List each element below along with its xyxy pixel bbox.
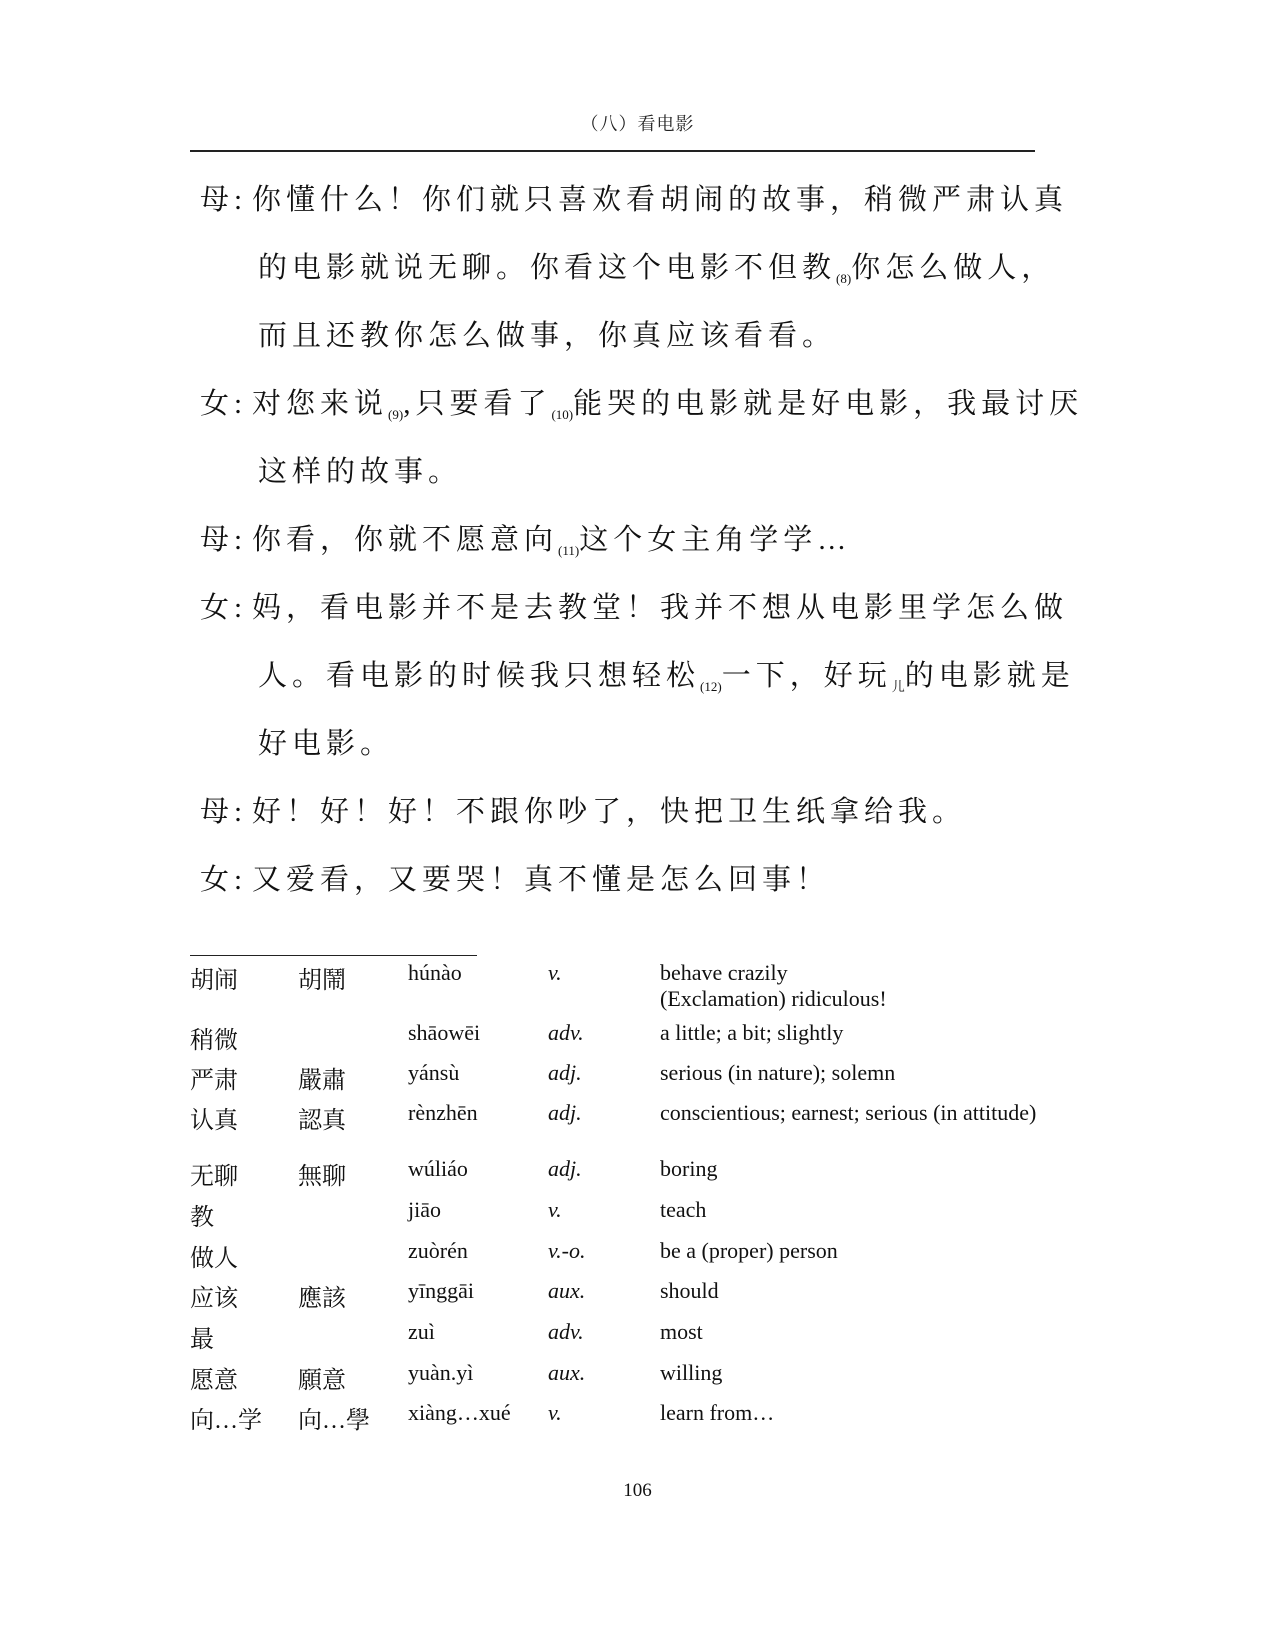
definition: conscientious; earnest; serious (in atti… bbox=[660, 1100, 1040, 1135]
dialog-segment: 你懂什么！你们就只喜欢看胡闹的故事，稍微严肃认真 bbox=[252, 184, 1068, 216]
speaker-label: 母: bbox=[200, 790, 247, 834]
vocab-rule bbox=[190, 955, 477, 956]
part-of-speech: adj. bbox=[548, 1156, 660, 1191]
dialog-text: 你看，你就不愿意向(11)这个女主角学学… bbox=[252, 518, 851, 573]
dialog-line: 女:对您来说(9),只要看了(10)能哭的电影就是好电影，我最讨厌 bbox=[200, 382, 1040, 450]
dialog: 母:你懂什么！你们就只喜欢看胡闹的故事，稍微严肃认真的电影就说无聊。你看这个电影… bbox=[200, 178, 1040, 926]
definition: teach bbox=[660, 1197, 1040, 1232]
simplified-word: 稍微 bbox=[190, 1020, 298, 1055]
dialog-segment: 能哭的电影就是好电影，我最讨厌 bbox=[573, 388, 1083, 420]
dialog-text: 好！好！好！不跟你吵了，快把卫生纸拿给我。 bbox=[252, 790, 966, 834]
dialog-line: 这样的故事。 bbox=[200, 450, 1040, 518]
dialog-line: 好电影。 bbox=[200, 722, 1040, 790]
pinyin: yánsù bbox=[408, 1060, 548, 1095]
definition: boring bbox=[660, 1156, 1040, 1191]
part-of-speech: adj. bbox=[548, 1060, 660, 1095]
dialog-text: 的电影就说无聊。你看这个电影不但教(8)你怎么做人， bbox=[258, 246, 1055, 301]
dialog-text: 人。看电影的时候我只想轻松(12)一下，好玩儿的电影就是 bbox=[258, 654, 1075, 709]
header-rule bbox=[190, 150, 1035, 152]
vocab-row: 应该應該yīnggāiaux.should bbox=[190, 1278, 1040, 1313]
simplified-word: 应该 bbox=[190, 1278, 298, 1313]
part-of-speech: v.-o. bbox=[548, 1238, 660, 1273]
part-of-speech: v. bbox=[548, 960, 660, 1012]
footnote-marker: (10) bbox=[551, 407, 573, 422]
dialog-text: 又爱看，又要哭！真不懂是怎么回事！ bbox=[252, 858, 830, 902]
dialog-segment: 的电影就是 bbox=[905, 660, 1075, 692]
speaker-label: 女: bbox=[200, 586, 247, 630]
dialog-segment: 一下，好玩 bbox=[722, 660, 892, 692]
simplified-word: 胡闹 bbox=[190, 960, 298, 1012]
dialog-text: 好电影。 bbox=[258, 722, 394, 766]
dialog-segment: 这个女主角学学… bbox=[579, 524, 851, 556]
definition: serious (in nature); solemn bbox=[660, 1060, 1040, 1095]
pinyin: rènzhēn bbox=[408, 1100, 548, 1135]
traditional-word bbox=[298, 1238, 408, 1273]
speaker-label: 母: bbox=[200, 178, 247, 222]
dialog-line: 的电影就说无聊。你看这个电影不但教(8)你怎么做人， bbox=[200, 246, 1040, 314]
footnote-marker: (8) bbox=[836, 271, 851, 286]
part-of-speech: v. bbox=[548, 1197, 660, 1232]
vocab-row: 胡闹胡鬧húnàov.behave crazily (Exclamation) … bbox=[190, 960, 1040, 1012]
footnote-marker: 儿 bbox=[892, 679, 905, 694]
definition: a little; a bit; slightly bbox=[660, 1020, 1040, 1055]
dialog-segment: 你看，你就不愿意向 bbox=[252, 524, 558, 556]
speaker-label: 女: bbox=[200, 382, 247, 426]
definition: be a (proper) person bbox=[660, 1238, 1040, 1273]
traditional-word: 向…學 bbox=[298, 1400, 408, 1435]
dialog-segment: 而且还教你怎么做事，你真应该看看。 bbox=[258, 320, 836, 352]
vocab-row: 愿意願意yuàn.yìaux.willing bbox=[190, 1360, 1040, 1395]
speaker-label: 母: bbox=[200, 518, 247, 562]
simplified-word: 愿意 bbox=[190, 1360, 298, 1395]
dialog-text: 妈，看电影并不是去教堂！我并不想从电影里学怎么做 bbox=[252, 586, 1068, 630]
pinyin: jiāo bbox=[408, 1197, 548, 1232]
part-of-speech: adv. bbox=[548, 1020, 660, 1055]
page-number: 106 bbox=[0, 1480, 1275, 1502]
pinyin: xiàng…xué bbox=[408, 1400, 548, 1435]
traditional-word: 認真 bbox=[298, 1100, 408, 1135]
footnote-marker: (12) bbox=[700, 679, 722, 694]
definition: most bbox=[660, 1319, 1040, 1354]
dialog-line: 母:好！好！好！不跟你吵了，快把卫生纸拿给我。 bbox=[200, 790, 1040, 858]
part-of-speech: adj. bbox=[548, 1100, 660, 1135]
simplified-word: 教 bbox=[190, 1197, 298, 1232]
traditional-word: 胡鬧 bbox=[298, 960, 408, 1012]
part-of-speech: aux. bbox=[548, 1278, 660, 1313]
simplified-word: 严肃 bbox=[190, 1060, 298, 1095]
pinyin: wúliáo bbox=[408, 1156, 548, 1191]
definition: should bbox=[660, 1278, 1040, 1313]
vocab-row: 认真認真rènzhēnadj.conscientious; earnest; s… bbox=[190, 1100, 1040, 1135]
vocab-row: 最zuìadv.most bbox=[190, 1319, 1040, 1354]
dialog-text: 你懂什么！你们就只喜欢看胡闹的故事，稍微严肃认真 bbox=[252, 178, 1068, 222]
footnote-marker: (9) bbox=[388, 407, 403, 422]
vocab-row: 稍微shāowēiadv.a little; a bit; slightly bbox=[190, 1020, 1040, 1055]
dialog-segment: ,只要看了 bbox=[403, 388, 551, 420]
dialog-line: 女:又爱看，又要哭！真不懂是怎么回事！ bbox=[200, 858, 1040, 926]
dialog-segment: 妈，看电影并不是去教堂！我并不想从电影里学怎么做 bbox=[252, 592, 1068, 624]
definition: willing bbox=[660, 1360, 1040, 1395]
pinyin: shāowēi bbox=[408, 1020, 548, 1055]
definition: learn from… bbox=[660, 1400, 1040, 1435]
traditional-word bbox=[298, 1020, 408, 1055]
dialog-segment: 的电影就说无聊。你看这个电影不但教 bbox=[258, 252, 836, 284]
traditional-word bbox=[298, 1197, 408, 1232]
pinyin: yīnggāi bbox=[408, 1278, 548, 1313]
pinyin: zuòrén bbox=[408, 1238, 548, 1273]
dialog-segment: 又爱看，又要哭！真不懂是怎么回事！ bbox=[252, 864, 830, 896]
dialog-text: 对您来说(9),只要看了(10)能哭的电影就是好电影，我最讨厌 bbox=[252, 382, 1083, 437]
dialog-segment: 好！好！好！不跟你吵了，快把卫生纸拿给我。 bbox=[252, 796, 966, 828]
dialog-segment: 人。看电影的时候我只想轻松 bbox=[258, 660, 700, 692]
pinyin: yuàn.yì bbox=[408, 1360, 548, 1395]
pinyin: zuì bbox=[408, 1319, 548, 1354]
simplified-word: 最 bbox=[190, 1319, 298, 1354]
vocab-row: 无聊無聊wúliáoadj.boring bbox=[190, 1156, 1040, 1191]
traditional-word: 應該 bbox=[298, 1278, 408, 1313]
part-of-speech: v. bbox=[548, 1400, 660, 1435]
traditional-word: 嚴肅 bbox=[298, 1060, 408, 1095]
traditional-word: 願意 bbox=[298, 1360, 408, 1395]
footnote-marker: (11) bbox=[558, 543, 579, 558]
simplified-word: 认真 bbox=[190, 1100, 298, 1135]
speaker-label: 女: bbox=[200, 858, 247, 902]
vocab-row: 教jiāov.teach bbox=[190, 1197, 1040, 1232]
part-of-speech: aux. bbox=[548, 1360, 660, 1395]
dialog-segment: 对您来说 bbox=[252, 388, 388, 420]
dialog-segment: 好电影。 bbox=[258, 728, 394, 760]
dialog-text: 这样的故事。 bbox=[258, 450, 462, 494]
dialog-text: 而且还教你怎么做事，你真应该看看。 bbox=[258, 314, 836, 358]
dialog-line: 母:你懂什么！你们就只喜欢看胡闹的故事，稍微严肃认真 bbox=[200, 178, 1040, 246]
pinyin: húnào bbox=[408, 960, 548, 1012]
vocab-row: 向…学向…學xiàng…xuév.learn from… bbox=[190, 1400, 1040, 1435]
definition: behave crazily (Exclamation) ridiculous! bbox=[660, 960, 1040, 1012]
traditional-word: 無聊 bbox=[298, 1156, 408, 1191]
simplified-word: 向…学 bbox=[190, 1400, 298, 1435]
part-of-speech: adv. bbox=[548, 1319, 660, 1354]
running-header: （八）看电影 bbox=[0, 110, 1275, 136]
simplified-word: 做人 bbox=[190, 1238, 298, 1273]
vocab-row: 严肃嚴肅yánsùadj.serious (in nature); solemn bbox=[190, 1060, 1040, 1095]
dialog-line: 母:你看，你就不愿意向(11)这个女主角学学… bbox=[200, 518, 1040, 586]
simplified-word: 无聊 bbox=[190, 1156, 298, 1191]
dialog-line: 而且还教你怎么做事，你真应该看看。 bbox=[200, 314, 1040, 382]
dialog-segment: 这样的故事。 bbox=[258, 456, 462, 488]
dialog-line: 人。看电影的时候我只想轻松(12)一下，好玩儿的电影就是 bbox=[200, 654, 1040, 722]
dialog-line: 女:妈，看电影并不是去教堂！我并不想从电影里学怎么做 bbox=[200, 586, 1040, 654]
vocab-row: 做人zuòrénv.-o.be a (proper) person bbox=[190, 1238, 1040, 1273]
traditional-word bbox=[298, 1319, 408, 1354]
dialog-segment: 你怎么做人， bbox=[851, 252, 1055, 284]
